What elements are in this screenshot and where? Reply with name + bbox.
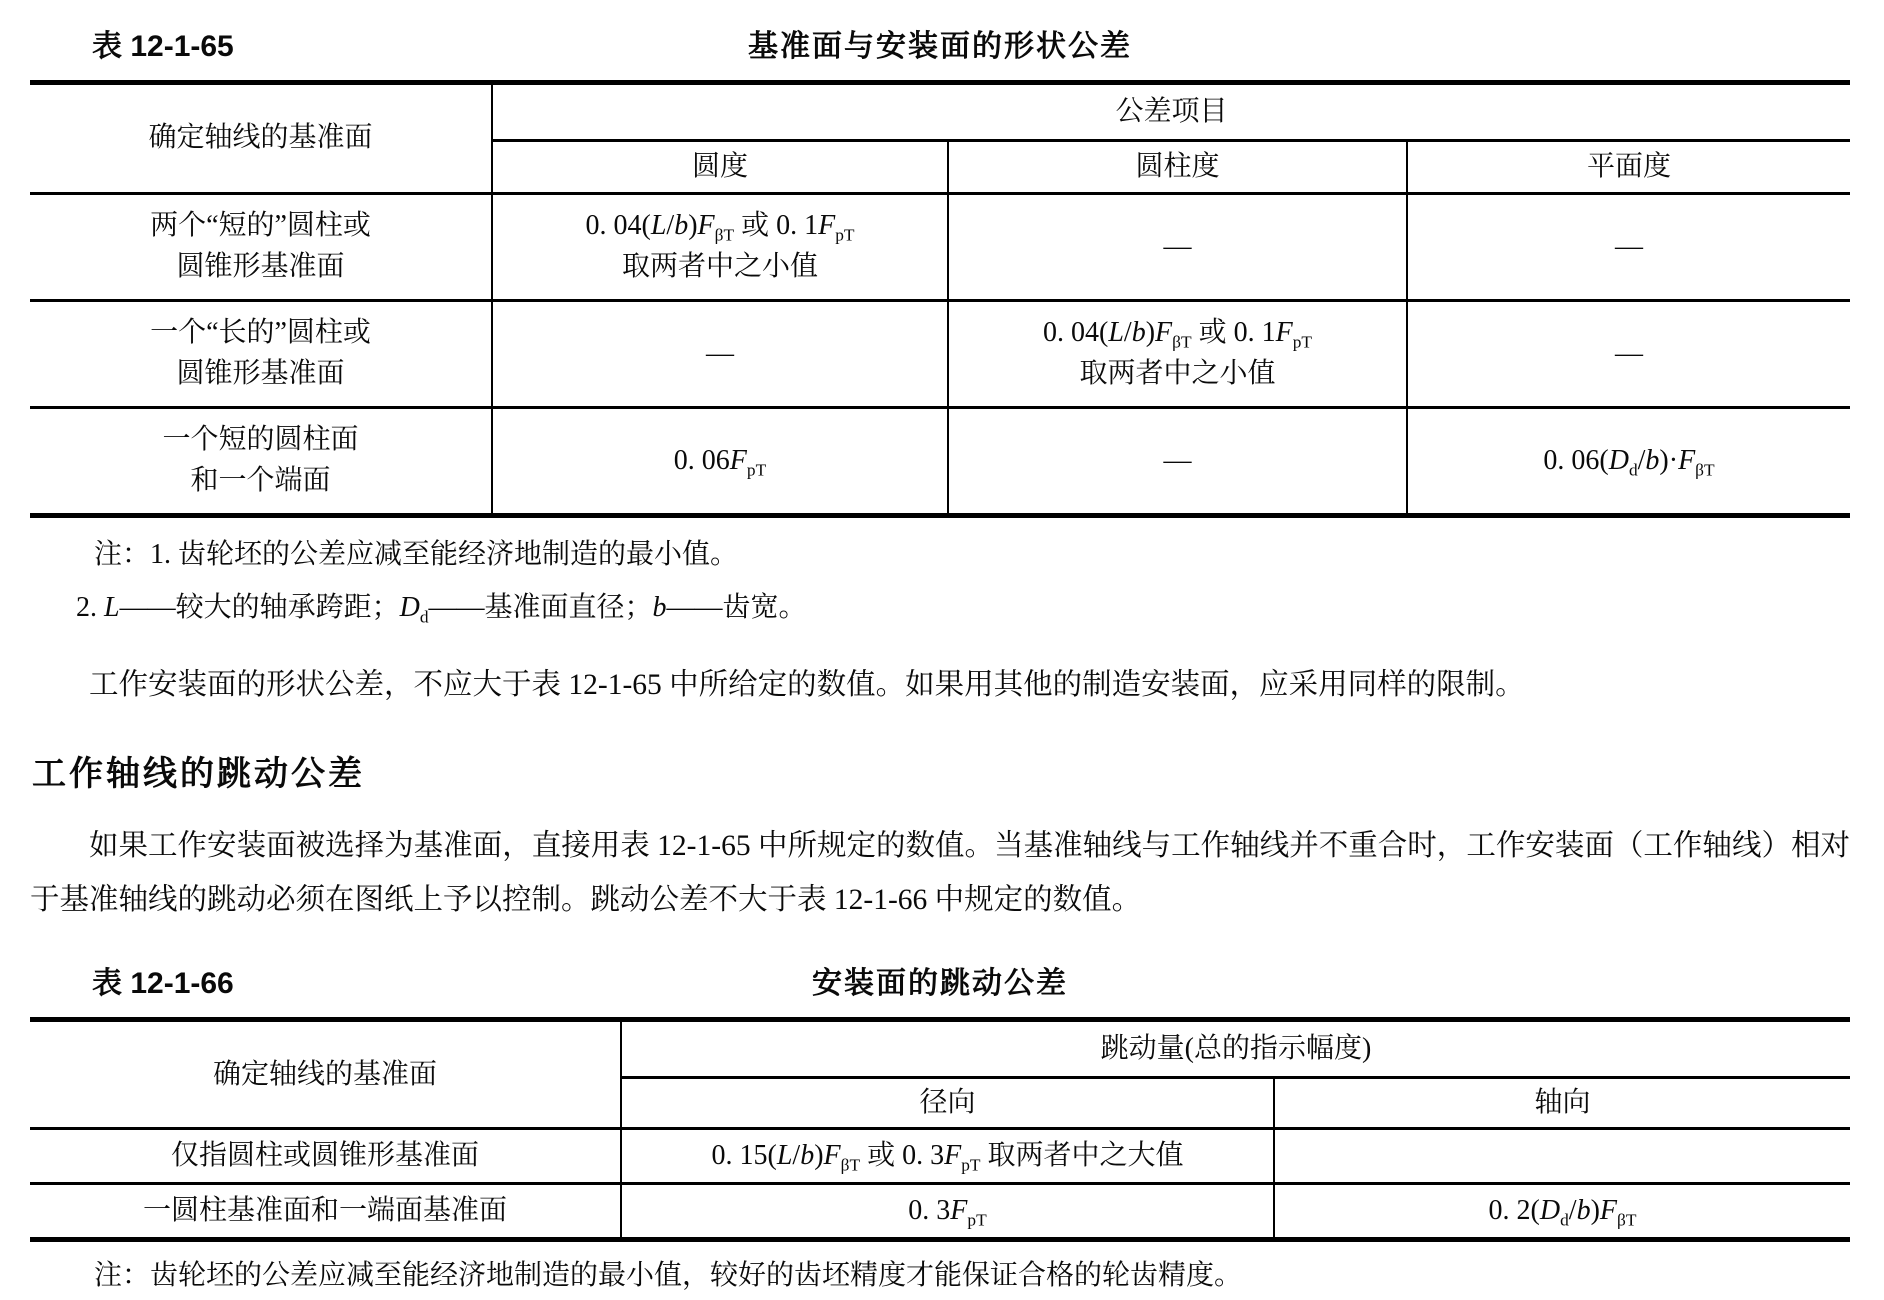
table1-caption-number: 表 12-1-65 [92, 26, 234, 68]
table1-col-header-roundness: 圆度 [492, 141, 948, 194]
table1-row2-label: 一个“长的”圆柱或 圆锥形基准面 [30, 301, 492, 408]
table1-caption: 表 12-1-65 基准面与安装面的形状公差 [30, 26, 1850, 68]
section-heading-runout-tolerance: 工作轴线的跳动公差 [32, 746, 1850, 795]
table2-row1-radial: 0. 15(L/b)FβT 或 0. 3FpT 取两者中之大值 [621, 1129, 1274, 1184]
document-page: 表 12-1-65 基准面与安装面的形状公差 确定轴线的基准面 公差项目 圆度 … [0, 0, 1884, 1300]
table2-row-cylindrical-datum-only: 仅指圆柱或圆锥形基准面 0. 15(L/b)FβT 或 0. 3FpT 取两者中… [30, 1129, 1850, 1184]
table1-row1-flatness: — [1407, 194, 1850, 301]
table2-caption-title: 安装面的跳动公差 [30, 963, 1850, 1005]
table1-header-tolerance-items: 公差项目 [492, 83, 1850, 141]
table1-row1-roundness: 0. 04(L/b)FβT 或 0. 1FpT 取两者中之小值 [492, 194, 948, 301]
table1-row3-cylindricity: — [948, 408, 1407, 516]
table1-row3-flatness: 0. 06(Dd/b)·FβT [1407, 408, 1850, 516]
table2-header-datum-surface: 确定轴线的基准面 [30, 1020, 621, 1129]
table1-row3-label: 一个短的圆柱面 和一个端面 [30, 408, 492, 516]
table2-caption-number: 表 12-1-66 [92, 963, 234, 1005]
table1-row1-cylindricity: — [948, 194, 1407, 301]
table-shape-tolerances: 确定轴线的基准面 公差项目 圆度 圆柱度 平面度 两个“短的”圆柱或 圆锥形基准… [30, 80, 1850, 518]
table1-row-two-short-cylinders: 两个“短的”圆柱或 圆锥形基准面 0. 04(L/b)FβT 或 0. 1FpT… [30, 194, 1850, 301]
table2-row2-radial: 0. 3FpT [621, 1184, 1274, 1240]
paragraph-runout-requirement: 如果工作安装面被选择为基准面，直接用表 12-1-65 中所规定的数值。当基准轴… [30, 819, 1850, 927]
table2-header-row-1: 确定轴线的基准面 跳动量(总的指示幅度) [30, 1020, 1850, 1078]
table1-note-1: 注：1. 齿轮坯的公差应减至能经济地制造的最小值。 [94, 528, 1850, 581]
table1-header-row-1: 确定轴线的基准面 公差项目 [30, 83, 1850, 141]
paragraph-shape-tolerance: 工作安装面的形状公差，不应大于表 12-1-65 中所给定的数值。如果用其他的制… [30, 658, 1850, 712]
table1-row3-roundness: 0. 06FpT [492, 408, 948, 516]
table2-row2-label: 一圆柱基准面和一端面基准面 [30, 1184, 621, 1240]
table2-col-header-axial: 轴向 [1274, 1078, 1850, 1129]
table2-caption: 表 12-1-66 安装面的跳动公差 [30, 963, 1850, 1005]
table1-row-short-cylinder-end-face: 一个短的圆柱面 和一个端面 0. 06FpT — 0. 06(Dd/b)·FβT [30, 408, 1850, 516]
table2-header-runout-amount: 跳动量(总的指示幅度) [621, 1020, 1850, 1078]
table-runout-tolerances: 确定轴线的基准面 跳动量(总的指示幅度) 径向 轴向 仅指圆柱或圆锥形基准面 0… [30, 1017, 1850, 1242]
table1-header-datum-surface: 确定轴线的基准面 [30, 83, 492, 194]
table2-row1-label: 仅指圆柱或圆锥形基准面 [30, 1129, 621, 1184]
table1-notes: 注：1. 齿轮坯的公差应减至能经济地制造的最小值。 2. L——较大的轴承跨距；… [30, 528, 1850, 634]
table2-note: 注：齿轮坯的公差应减至能经济地制造的最小值，较好的齿坯精度才能保证合格的轮齿精度… [94, 1254, 1850, 1299]
table2-col-header-radial: 径向 [621, 1078, 1274, 1129]
table1-col-header-flatness: 平面度 [1407, 141, 1850, 194]
table2-row-cylinder-and-end-face: 一圆柱基准面和一端面基准面 0. 3FpT 0. 2(Dd/b)FβT [30, 1184, 1850, 1240]
table1-row2-flatness: — [1407, 301, 1850, 408]
table1-row2-roundness: — [492, 301, 948, 408]
table2-row2-axial: 0. 2(Dd/b)FβT [1274, 1184, 1850, 1240]
table1-col-header-cylindricity: 圆柱度 [948, 141, 1407, 194]
table1-row2-cylindricity: 0. 04(L/b)FβT 或 0. 1FpT 取两者中之小值 [948, 301, 1407, 408]
table1-caption-title: 基准面与安装面的形状公差 [30, 26, 1850, 68]
table2-row1-axial [1274, 1129, 1850, 1184]
table1-note-2: 2. L——较大的轴承跨距；Dd——基准面直径；b——齿宽。 [76, 581, 1850, 634]
table1-row1-label: 两个“短的”圆柱或 圆锥形基准面 [30, 194, 492, 301]
table1-row-one-long-cylinder: 一个“长的”圆柱或 圆锥形基准面 — 0. 04(L/b)FβT 或 0. 1F… [30, 301, 1850, 408]
